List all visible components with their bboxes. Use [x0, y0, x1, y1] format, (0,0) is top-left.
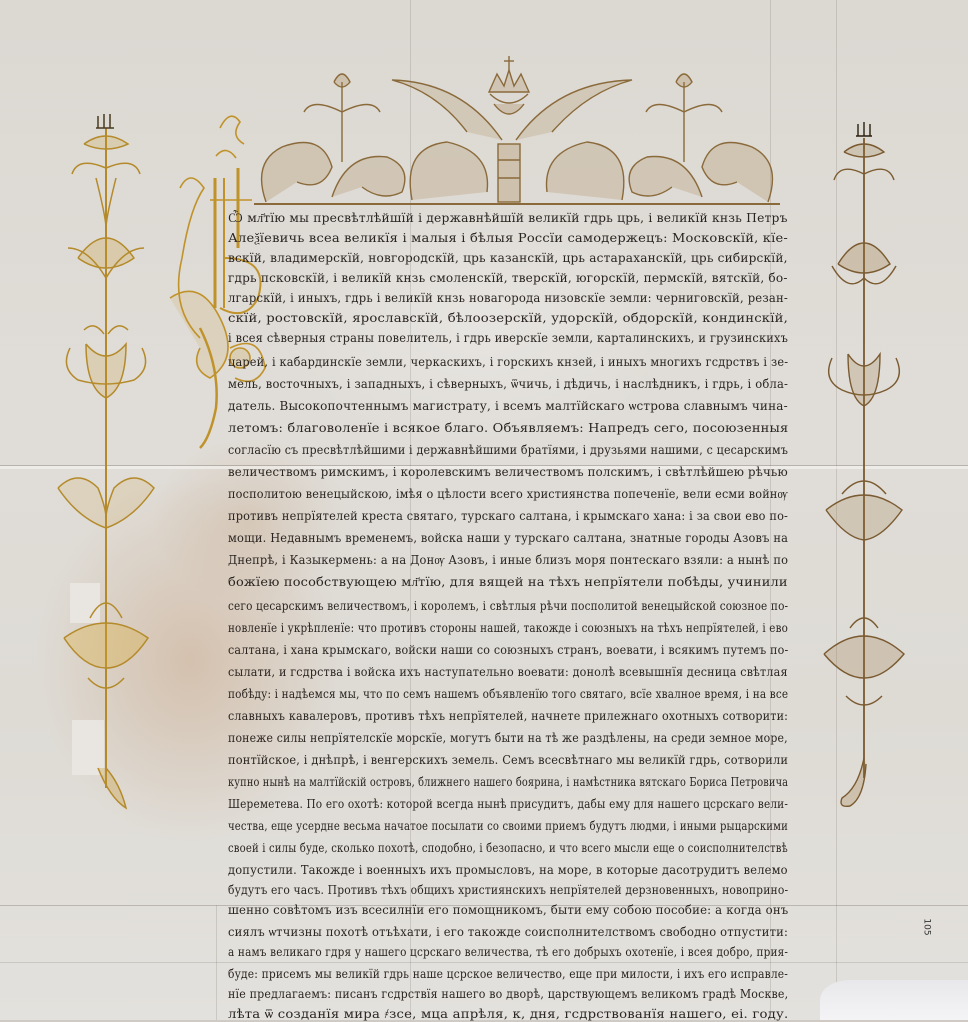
text-line: і всея сѣверныя страны повелитель, і гдр… [228, 330, 788, 345]
text-line: гдрь псковскїй, і великїй кнзь смоленскї… [228, 270, 788, 285]
text-line: новленїе і укрѣпленїе: что противъ сторо… [228, 620, 788, 635]
text-line: царей, і кабардинскїе земли, черкаскихъ,… [228, 354, 788, 369]
text-line: Алеѯїевичь всеа великїя і малыя і бѣлыя … [228, 230, 788, 246]
text-line: сего цесарскимъ величествомъ, і королемъ… [228, 598, 788, 613]
text-line: нїе предлагаемъ: писанъ гсдрствїя нашего… [228, 986, 788, 1001]
paper-fold [0, 962, 968, 963]
left-floral-border [48, 108, 168, 818]
text-line: а намъ великаго гдря у нашего цсрскаго в… [228, 944, 788, 959]
text-line: понтїйское, і днѣпрѣ, і венгерскихъ земе… [228, 752, 788, 767]
text-line: Ѽ мл҃тїю мы пресвѣтлѣйшїй і державнѣйшїй… [228, 210, 788, 226]
text-line: посполитою венецыйскою, імѣя о цѣлости в… [228, 486, 788, 502]
text-line: величествомъ римскимъ, і королевскимъ ве… [228, 464, 788, 479]
text-line: Днепрѣ, і Казыкермень: а на Донѹ Азовъ, … [228, 552, 788, 568]
archive-number: 105 [922, 918, 932, 935]
crown-headpiece-ornament [252, 52, 782, 208]
text-line: мощи. Недавнымъ временемъ, войска наши у… [228, 530, 788, 545]
text-line: славныхъ кавалеровъ, противъ тѣхъ непрїя… [228, 708, 788, 723]
text-line: понеже силы непрїятелскїе морскїе, могут… [228, 730, 788, 745]
text-line: лгарскїй, і иныхъ, гдрь і великїй кнзь н… [228, 290, 788, 305]
text-line: буде: присемъ мы великїй гдрь наше цсрск… [228, 966, 788, 981]
right-floral-border [812, 118, 922, 818]
text-line: сиялъ ѡтчизны похотѣ отъѣхати, і его так… [228, 924, 788, 940]
manuscript-sheet: Ѽ мл҃тїю мы пресвѣтлѣйшїй і державнѣйшїй… [0, 0, 968, 1020]
text-line: чества, еще усердне весьма начатое посыл… [228, 818, 788, 833]
text-line: Шереметева. По его охотѣ: которой всегда… [228, 796, 788, 811]
text-line: лѣта ѿ созданїя мира ҂зсе, мца апрѣля, к… [228, 1006, 788, 1020]
text-line: божїею пособствующею мл҃тїю, для вящей н… [228, 574, 788, 590]
text-line: сылати, и гсдрства і войска ихъ наступат… [228, 664, 788, 679]
text-line: купно нынѣ на малтїйскій островъ, ближне… [228, 774, 788, 789]
photo-glare [820, 980, 968, 1020]
text-line: согласїю съ пресвѣтлѣйшими і державнѣйши… [228, 442, 788, 457]
text-line: салтана, і хана крымскаго, войски наши с… [228, 642, 788, 657]
text-line: датель. Высокопочтеннымъ магистрату, і в… [228, 398, 788, 414]
paper-fold [216, 905, 217, 1020]
text-line: шенно совѣтомъ изъ всесилнїи его помощни… [228, 902, 788, 917]
text-line: мель, восточныхъ, і западныхъ, і сѣверны… [228, 376, 788, 392]
text-line: будутъ его часъ. Противъ тѣхъ общихъ хри… [228, 882, 788, 897]
text-line: противъ непрїятелей креста святаго, турс… [228, 508, 788, 523]
text-line: допустили. Такожде і военныхъ ихъ промыс… [228, 862, 788, 877]
text-line: своей і силы буде, сколько похотѣ, сподо… [228, 840, 788, 855]
text-line: скїй, ростовскїй, ярославскїй, бѣлоозерс… [228, 310, 788, 325]
text-line: летомъ: благоволенїе і всякое благо. Объ… [228, 420, 788, 435]
text-line: побѣду: і надѣемся мы, что по семъ нашем… [228, 686, 788, 701]
text-line: вскїй, владимерскїй, новгородскїй, црь к… [228, 250, 788, 265]
